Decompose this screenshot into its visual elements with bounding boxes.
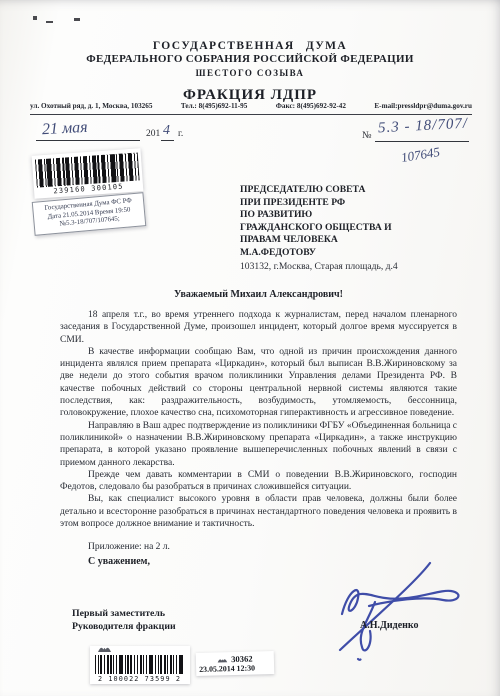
attachment-note: Приложение: на 2 л. — [60, 542, 457, 552]
recipient-line: ПО РАЗВИТИЮ — [240, 209, 398, 222]
number-underline — [375, 141, 469, 142]
year-printed: 201 — [146, 129, 160, 139]
body-paragraph: Направляю в Ваш адрес подтверждение из п… — [60, 420, 457, 469]
handwritten-date: 21 мая — [42, 119, 89, 139]
recipient-line: ГРАЖДАНСКОГО ОБЩЕСТВА И — [240, 222, 398, 235]
letterhead: ГОСУДАРСТВЕННАЯ ДУМА ФЕДЕРАЛЬНОГО СОБРАН… — [0, 40, 500, 104]
dispatch-barcode-digits: 2 100022 73599 2 — [92, 675, 187, 683]
org-name-line3: ШЕСТОГО СОЗЫВА — [0, 68, 500, 78]
recipient-name: М.А.ФЕДОТОВУ — [240, 247, 398, 260]
closing: С уважением, — [88, 556, 150, 567]
scan-speck — [74, 18, 80, 21]
contact-row: ул. Охотный ряд, д. 1, Москва, 103265 Те… — [30, 102, 472, 110]
eagle-emblem-icon — [217, 656, 228, 663]
handwritten-year-digit: 4 — [163, 123, 170, 139]
stamp-datetime: 23.05.2014 12:30 — [199, 663, 271, 674]
recipient-line: ПРЕДСЕДАТЕЛЮ СОВЕТА — [240, 184, 398, 197]
incoming-registration-box: Государственная Дума ФС РФ Дата 21.05.20… — [32, 192, 147, 235]
incoming-registration-label: 239160 300105 — [32, 148, 144, 198]
org-name-line1: ГОСУДАРСТВЕННАЯ ДУМА — [0, 40, 500, 52]
signer-position: Первый заместитель Руководителя фракции — [72, 607, 176, 633]
stamp-number: 30362 — [231, 654, 253, 665]
letter-body: 18 апреля т.г., во время утреннего подхо… — [60, 309, 457, 530]
org-name-line2: ФЕДЕРАЛЬНОГО СОБРАНИЯ РОССИЙСКОЙ ФЕДЕРАЦ… — [0, 53, 500, 65]
recipient-line: ПРАВАМ ЧЕЛОВЕКА — [240, 234, 398, 247]
date-underline — [36, 140, 140, 141]
signer-position-line1: Первый заместитель — [72, 607, 176, 620]
body-paragraph: 18 апреля т.г., во время утреннего подхо… — [60, 309, 457, 346]
scanned-letter-page: ГОСУДАРСТВЕННАЯ ДУМА ФЕДЕРАЛЬНОГО СОБРАН… — [0, 0, 500, 696]
postal-address: ул. Охотный ряд, д. 1, Москва, 103265 — [30, 102, 152, 110]
letterhead-divider — [30, 114, 472, 115]
signer-name: А.Н.Диденко — [360, 620, 419, 631]
recipient-line: ПРИ ПРЕЗИДЕНТЕ РФ — [240, 197, 398, 210]
year-underline — [161, 140, 174, 141]
body-paragraph: В качестве информации сообщаю Вам, что о… — [60, 346, 457, 420]
phone: Тел.: 8(495)692-11-95 — [181, 102, 247, 110]
scan-speck — [46, 21, 53, 23]
scan-speck — [33, 16, 37, 20]
handwritten-signature — [312, 560, 472, 665]
dispatch-stamp: 30362 23.05.2014 12:30 — [196, 651, 275, 676]
year-suffix: г. — [178, 129, 183, 139]
handwritten-number: 5.3 - 18/707/ — [378, 116, 469, 138]
number-sign: № — [362, 130, 372, 141]
recipient-block: ПРЕДСЕДАТЕЛЮ СОВЕТА ПРИ ПРЕЗИДЕНТЕ РФ ПО… — [240, 184, 398, 273]
eagle-emblem-icon — [97, 644, 112, 653]
signer-position-line2: Руководителя фракции — [72, 620, 176, 633]
body-paragraph: Вы, как специалист высокого уровня в обл… — [60, 493, 457, 530]
recipient-address: 103132, г.Москва, Старая площадь, д.4 — [240, 261, 398, 274]
fax: Факс: 8(495)692-92-42 — [276, 102, 346, 110]
salutation: Уважаемый Михаил Александрович! — [60, 289, 457, 300]
body-paragraph: Прежде чем давать комментарии в СМИ о по… — [60, 469, 457, 494]
email: E-mail:pressldpr@duma.gov.ru — [374, 102, 472, 110]
handwritten-number-2: 107645 — [400, 144, 441, 166]
barcode-icon — [95, 655, 184, 674]
